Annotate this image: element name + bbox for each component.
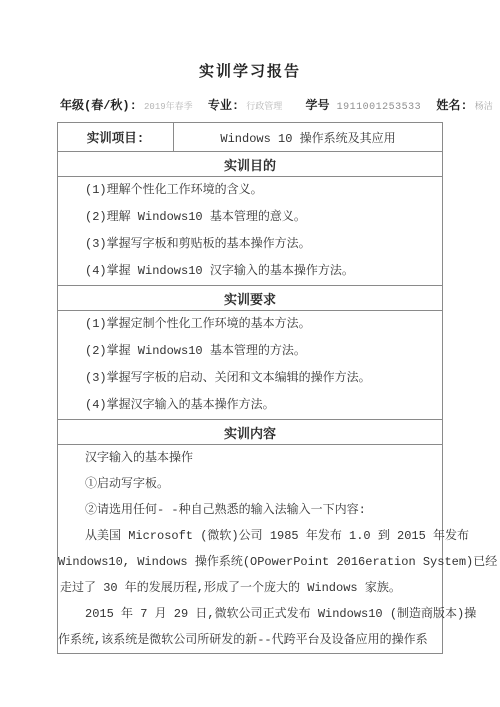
requirements-item: (4)掌握汉字输入的基本操作方法。 — [58, 392, 442, 419]
content-body-cell: 汉字输入的基本操作 ①启动写字板。 ②请选用任何- -种自己熟悉的输入法输入一下… — [58, 445, 443, 654]
project-row: 实训项目: Windows 10 操作系统及其应用 — [58, 123, 443, 152]
requirements-item: (2)掌握 Windows10 基本管理的方法。 — [58, 338, 442, 365]
purpose-header-row: 实训目的 — [58, 152, 443, 177]
content-line: ②请选用任何- -种自己熟悉的输入法输入一下内容: — [58, 497, 442, 523]
project-label: 实训项目: — [58, 123, 174, 152]
content-line: 汉字输入的基本操作 — [58, 445, 442, 471]
grade-value: 2019年春季 — [144, 102, 193, 112]
purpose-item: (4)掌握 Windows10 汉字输入的基本操作方法。 — [58, 258, 442, 285]
purpose-header: 实训目的 — [58, 152, 443, 177]
content-header: 实训内容 — [58, 420, 443, 445]
project-value: Windows 10 操作系统及其应用 — [174, 123, 443, 152]
major-label: 专业: — [208, 99, 239, 113]
content-line: 走过了 30 年的发展历程,形成了一个庞大的 Windows 家族。 — [58, 575, 442, 601]
student-id-label: 学号 — [305, 99, 329, 113]
purpose-body-row: (1)理解个性化工作环境的含义。 (2)理解 Windows10 基本管理的意义… — [58, 177, 443, 286]
content-line: 2015 年 7 月 29 日,微软公司正式发布 Windows10 (制造商版… — [58, 601, 442, 627]
student-id-value: 1911001253533 — [337, 102, 422, 113]
student-info-line: 年级(春/秋): 2019年春季 专业: 行政管理 学号 19110012535… — [60, 96, 460, 113]
requirements-item: (1)掌握定制个性化工作环境的基本方法。 — [58, 311, 442, 338]
requirements-body-cell: (1)掌握定制个性化工作环境的基本方法。 (2)掌握 Windows10 基本管… — [58, 311, 443, 420]
name-value: 杨洁 — [475, 102, 493, 112]
purpose-item: (2)理解 Windows10 基本管理的意义。 — [58, 204, 442, 231]
content-line: 作系统,该系统是微软公司所研发的新--代跨平台及设备应用的操作系 — [58, 627, 442, 653]
report-table: 实训项目: Windows 10 操作系统及其应用 实训目的 (1)理解个性化工… — [57, 122, 443, 654]
content-line: ①启动写字板。 — [58, 471, 442, 497]
purpose-item: (3)掌握写字板和剪贴板的基本操作方法。 — [58, 231, 442, 258]
content-body-row: 汉字输入的基本操作 ①启动写字板。 ②请选用任何- -种自己熟悉的输入法输入一下… — [58, 445, 443, 654]
requirements-item: (3)掌握写字板的启动、关闭和文本编辑的操作方法。 — [58, 365, 442, 392]
requirements-header: 实训要求 — [58, 286, 443, 311]
purpose-item: (1)理解个性化工作环境的含义。 — [58, 177, 442, 204]
grade-label: 年级(春/秋): — [60, 99, 137, 113]
purpose-body-cell: (1)理解个性化工作环境的含义。 (2)理解 Windows10 基本管理的意义… — [58, 177, 443, 286]
content-line: Windows10, Windows 操作系统(OPowerPoint 2016… — [58, 549, 442, 575]
content-line: 从美国 Microsoft (微软)公司 1985 年发布 1.0 到 2015… — [58, 523, 442, 549]
content-header-row: 实训内容 — [58, 420, 443, 445]
requirements-body-row: (1)掌握定制个性化工作环境的基本方法。 (2)掌握 Windows10 基本管… — [58, 311, 443, 420]
major-value: 行政管理 — [246, 102, 282, 112]
page-title: 实训学习报告 — [0, 60, 500, 81]
requirements-header-row: 实训要求 — [58, 286, 443, 311]
name-label: 姓名: — [436, 99, 467, 113]
